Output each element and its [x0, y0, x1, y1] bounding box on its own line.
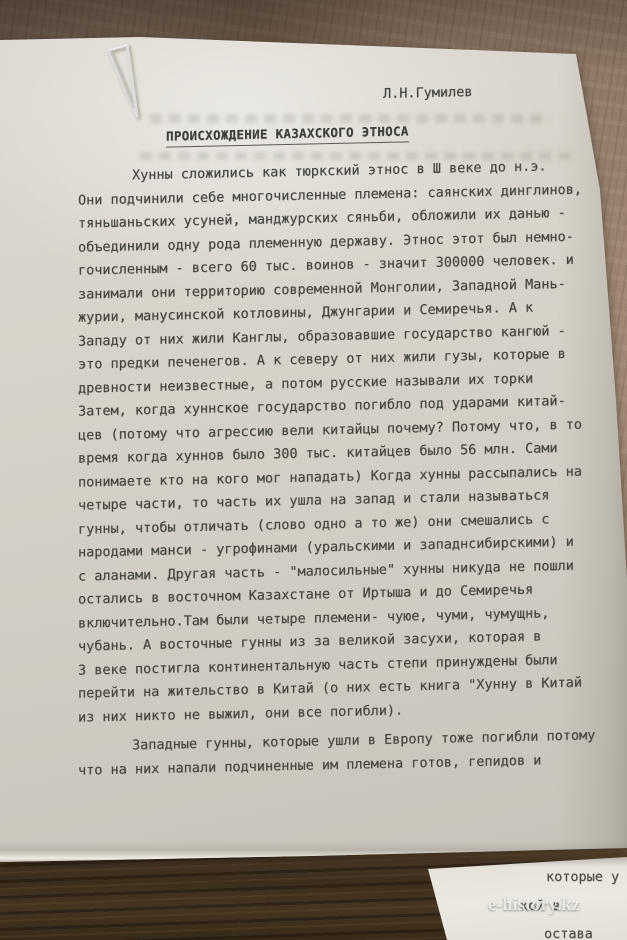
paperclip-icon: [96, 36, 156, 124]
body-paragraph-1: Хунны сложились как тюркский этнос в Ш в…: [78, 154, 618, 730]
typewritten-page-wrap: Л.Н.Гумилев ПРОИСХОЖДЕНИЕ КАЗАХСКОГО ЭТН…: [0, 0, 627, 940]
photo-scene: которые у кой в остава Л.Н.Гумилев ПРОИС…: [0, 0, 627, 940]
body-paragraph-2: Западные гунны, которые ушли в Европу то…: [78, 724, 618, 783]
typed-text-block: Л.Н.Гумилев ПРОИСХОЖДЕНИЕ КАЗАХСКОГО ЭТН…: [58, 46, 618, 783]
page-title: ПРОИСХОЖДЕНИЕ КАЗАХСКОГО ЭТНОСА: [166, 123, 409, 147]
author-line: Л.Н.Гумилев: [383, 78, 618, 107]
watermark-text: e-history.kz: [488, 894, 580, 915]
page-bottom-edge: [0, 841, 627, 865]
typewritten-page: Л.Н.Гумилев ПРОИСХОЖДЕНИЕ КАЗАХСКОГО ЭТН…: [0, 30, 627, 870]
